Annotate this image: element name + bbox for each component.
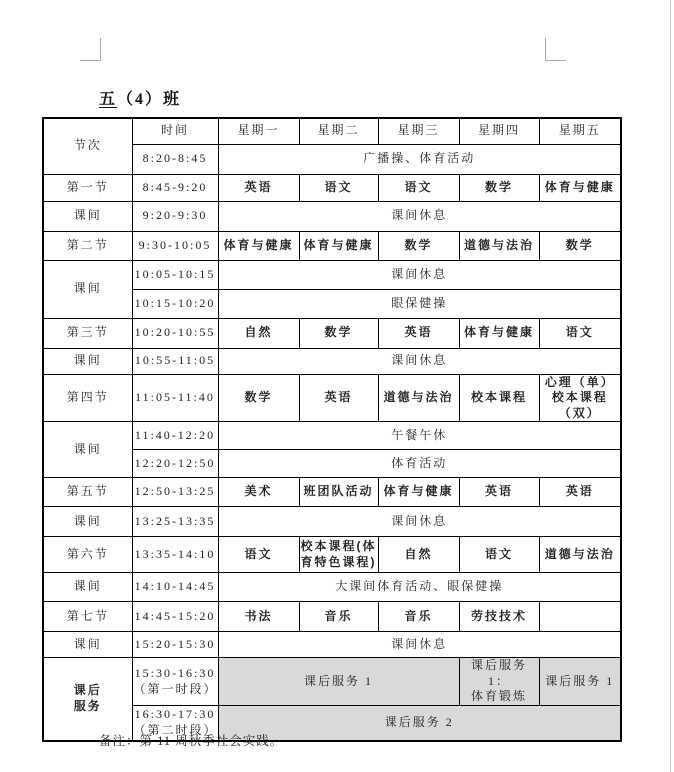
time-cell: 8:45-9:20 xyxy=(132,174,218,201)
table-row: 第一节8:45-9:20英语语文语文数学体育与健康 xyxy=(43,174,621,201)
time-cell: 9:30-10:05 xyxy=(132,231,218,260)
session-cell: 课后 服务 xyxy=(43,658,132,741)
margin-corner-mark-right-icon xyxy=(545,38,566,61)
subject-cell: 数学 xyxy=(378,231,459,260)
subject-cell: 校本课程(体 育特色课程) xyxy=(299,537,378,573)
table-row: 课间10:05-10:15课间休息 xyxy=(43,260,621,289)
margin-corner-mark-left-icon xyxy=(80,38,101,61)
subject-cell: 自然 xyxy=(218,318,299,348)
subject-cell: 自然 xyxy=(378,537,459,573)
table-row: 第五节12:50-13:25美术班团队活动体育与健康英语英语 xyxy=(43,478,621,507)
subject-cell: 劳技技术 xyxy=(459,602,539,632)
subject-cell: 书法 xyxy=(218,602,299,632)
table-row: 第七节14:45-15:20书法音乐音乐劳技技术 xyxy=(43,602,621,632)
session-cell: 课间 xyxy=(43,201,132,231)
subject-cell: 数学 xyxy=(299,318,378,348)
page-edge-line xyxy=(670,0,671,772)
table-row: 第二节9:30-10:05体育与健康体育与健康数学道德与法治数学 xyxy=(43,231,621,260)
activity-cell: 课间休息 xyxy=(218,260,621,289)
activity-cell: 课后服务 1 xyxy=(539,658,621,706)
header-cell: 星期三 xyxy=(378,118,459,144)
subject-cell: 体育与健康 xyxy=(218,231,299,260)
subject-cell: 校本课程 xyxy=(459,374,539,422)
subject-cell: 音乐 xyxy=(378,602,459,632)
session-cell: 课间 xyxy=(43,632,132,658)
session-cell: 节次 xyxy=(43,118,132,174)
time-cell: 13:25-13:35 xyxy=(132,507,218,537)
subject-cell: 英语 xyxy=(218,174,299,201)
table-row: 课间9:20-9:30课间休息 xyxy=(43,201,621,231)
time-cell: 14:10-14:45 xyxy=(132,573,218,602)
subject-cell: 语文 xyxy=(378,174,459,201)
session-cell: 第四节 xyxy=(43,374,132,422)
session-cell: 课间 xyxy=(43,573,132,602)
subject-cell: 道德与法治 xyxy=(459,231,539,260)
subject-cell: 音乐 xyxy=(299,602,378,632)
subject-cell: 语文 xyxy=(299,174,378,201)
subject-cell: 班团队活动 xyxy=(299,478,378,507)
subject-cell: 道德与法治 xyxy=(378,374,459,422)
table-row: 第三节10:20-10:55自然数学英语体育与健康语文 xyxy=(43,318,621,348)
subject-cell: 美术 xyxy=(218,478,299,507)
table-row: 课间15:20-15:30课间休息 xyxy=(43,632,621,658)
table-row: 课间13:25-13:35课间休息 xyxy=(43,507,621,537)
session-cell: 第一节 xyxy=(43,174,132,201)
table-row: 第六节13:35-14:10语文校本课程(体 育特色课程)自然语文道德与法治 xyxy=(43,537,621,573)
page: 五（4）班 节次时间星期一星期二星期三星期四星期五8:20-8:45广播操、体育… xyxy=(0,0,674,772)
subject-cell: 语文 xyxy=(459,537,539,573)
class-title: 五（4）班 xyxy=(99,86,181,109)
class-title-rest: （4）班 xyxy=(117,91,181,108)
activity-cell: 眼保健操 xyxy=(218,289,621,318)
subject-cell: 英语 xyxy=(459,478,539,507)
table-row: 节次时间星期一星期二星期三星期四星期五 xyxy=(43,118,621,144)
session-cell: 第七节 xyxy=(43,602,132,632)
table-row: 课后 服务15:30-16:30 （第一时段）课后服务 1课后服务 1： 体育锻… xyxy=(43,658,621,706)
activity-cell: 课间休息 xyxy=(218,348,621,374)
session-cell: 第三节 xyxy=(43,318,132,348)
schedule-table: 节次时间星期一星期二星期三星期四星期五8:20-8:45广播操、体育活动第一节8… xyxy=(42,117,622,742)
subject-cell xyxy=(539,602,621,632)
time-cell: 10:55-11:05 xyxy=(132,348,218,374)
activity-cell: 广播操、体育活动 xyxy=(218,144,621,174)
session-cell: 第六节 xyxy=(43,537,132,573)
table-row: 第四节11:05-11:40数学英语道德与法治校本课程心理（单） 校本课程（双） xyxy=(43,374,621,422)
subject-cell: 体育与健康 xyxy=(459,318,539,348)
session-cell: 课间 xyxy=(43,507,132,537)
subject-cell: 数学 xyxy=(539,231,621,260)
subject-cell: 体育与健康 xyxy=(299,231,378,260)
subject-cell: 道德与法治 xyxy=(539,537,621,573)
header-cell: 星期四 xyxy=(459,118,539,144)
time-cell: 9:20-9:30 xyxy=(132,201,218,231)
time-cell: 10:15-10:20 xyxy=(132,289,218,318)
activity-cell: 课间休息 xyxy=(218,632,621,658)
header-cell: 星期五 xyxy=(539,118,621,144)
subject-cell: 英语 xyxy=(299,374,378,422)
class-title-underlined: 五 xyxy=(99,91,117,108)
time-cell: 15:20-15:30 xyxy=(132,632,218,658)
subject-cell: 英语 xyxy=(378,318,459,348)
time-cell: 12:20-12:50 xyxy=(132,450,218,478)
time-cell: 11:05-11:40 xyxy=(132,374,218,422)
activity-cell: 大课间体育活动、眼保健操 xyxy=(218,573,621,602)
activity-cell: 课间休息 xyxy=(218,507,621,537)
time-cell: 15:30-16:30 （第一时段） xyxy=(132,658,218,706)
subject-cell: 心理（单） 校本课程（双） xyxy=(539,374,621,422)
header-cell: 星期二 xyxy=(299,118,378,144)
session-cell: 课间 xyxy=(43,422,132,478)
header-cell: 星期一 xyxy=(218,118,299,144)
activity-cell: 午餐午休 xyxy=(218,422,621,450)
table-row: 课间10:55-11:05课间休息 xyxy=(43,348,621,374)
subject-cell: 数学 xyxy=(218,374,299,422)
activity-cell: 课后服务 1 xyxy=(218,658,459,706)
subject-cell: 体育与健康 xyxy=(378,478,459,507)
footer-note: 备注：第 11 周秋季社会实践。 xyxy=(99,731,283,749)
time-cell: 8:20-8:45 xyxy=(132,144,218,174)
table-row: 课间11:40-12:20午餐午休 xyxy=(43,422,621,450)
session-cell: 第二节 xyxy=(43,231,132,260)
header-cell: 时间 xyxy=(132,118,218,144)
time-cell: 13:35-14:10 xyxy=(132,537,218,573)
subject-cell: 语文 xyxy=(218,537,299,573)
time-cell: 10:20-10:55 xyxy=(132,318,218,348)
time-cell: 11:40-12:20 xyxy=(132,422,218,450)
activity-cell: 课间休息 xyxy=(218,201,621,231)
subject-cell: 体育与健康 xyxy=(539,174,621,201)
session-cell: 课间 xyxy=(43,260,132,318)
time-cell: 14:45-15:20 xyxy=(132,602,218,632)
subject-cell: 数学 xyxy=(459,174,539,201)
time-cell: 12:50-13:25 xyxy=(132,478,218,507)
subject-cell: 语文 xyxy=(539,318,621,348)
activity-cell: 课后服务 1： 体育锻炼 xyxy=(459,658,539,706)
activity-cell: 体育活动 xyxy=(218,450,621,478)
subject-cell: 英语 xyxy=(539,478,621,507)
session-cell: 课间 xyxy=(43,348,132,374)
time-cell: 10:05-10:15 xyxy=(132,260,218,289)
session-cell: 第五节 xyxy=(43,478,132,507)
table-row: 课间14:10-14:45大课间体育活动、眼保健操 xyxy=(43,573,621,602)
